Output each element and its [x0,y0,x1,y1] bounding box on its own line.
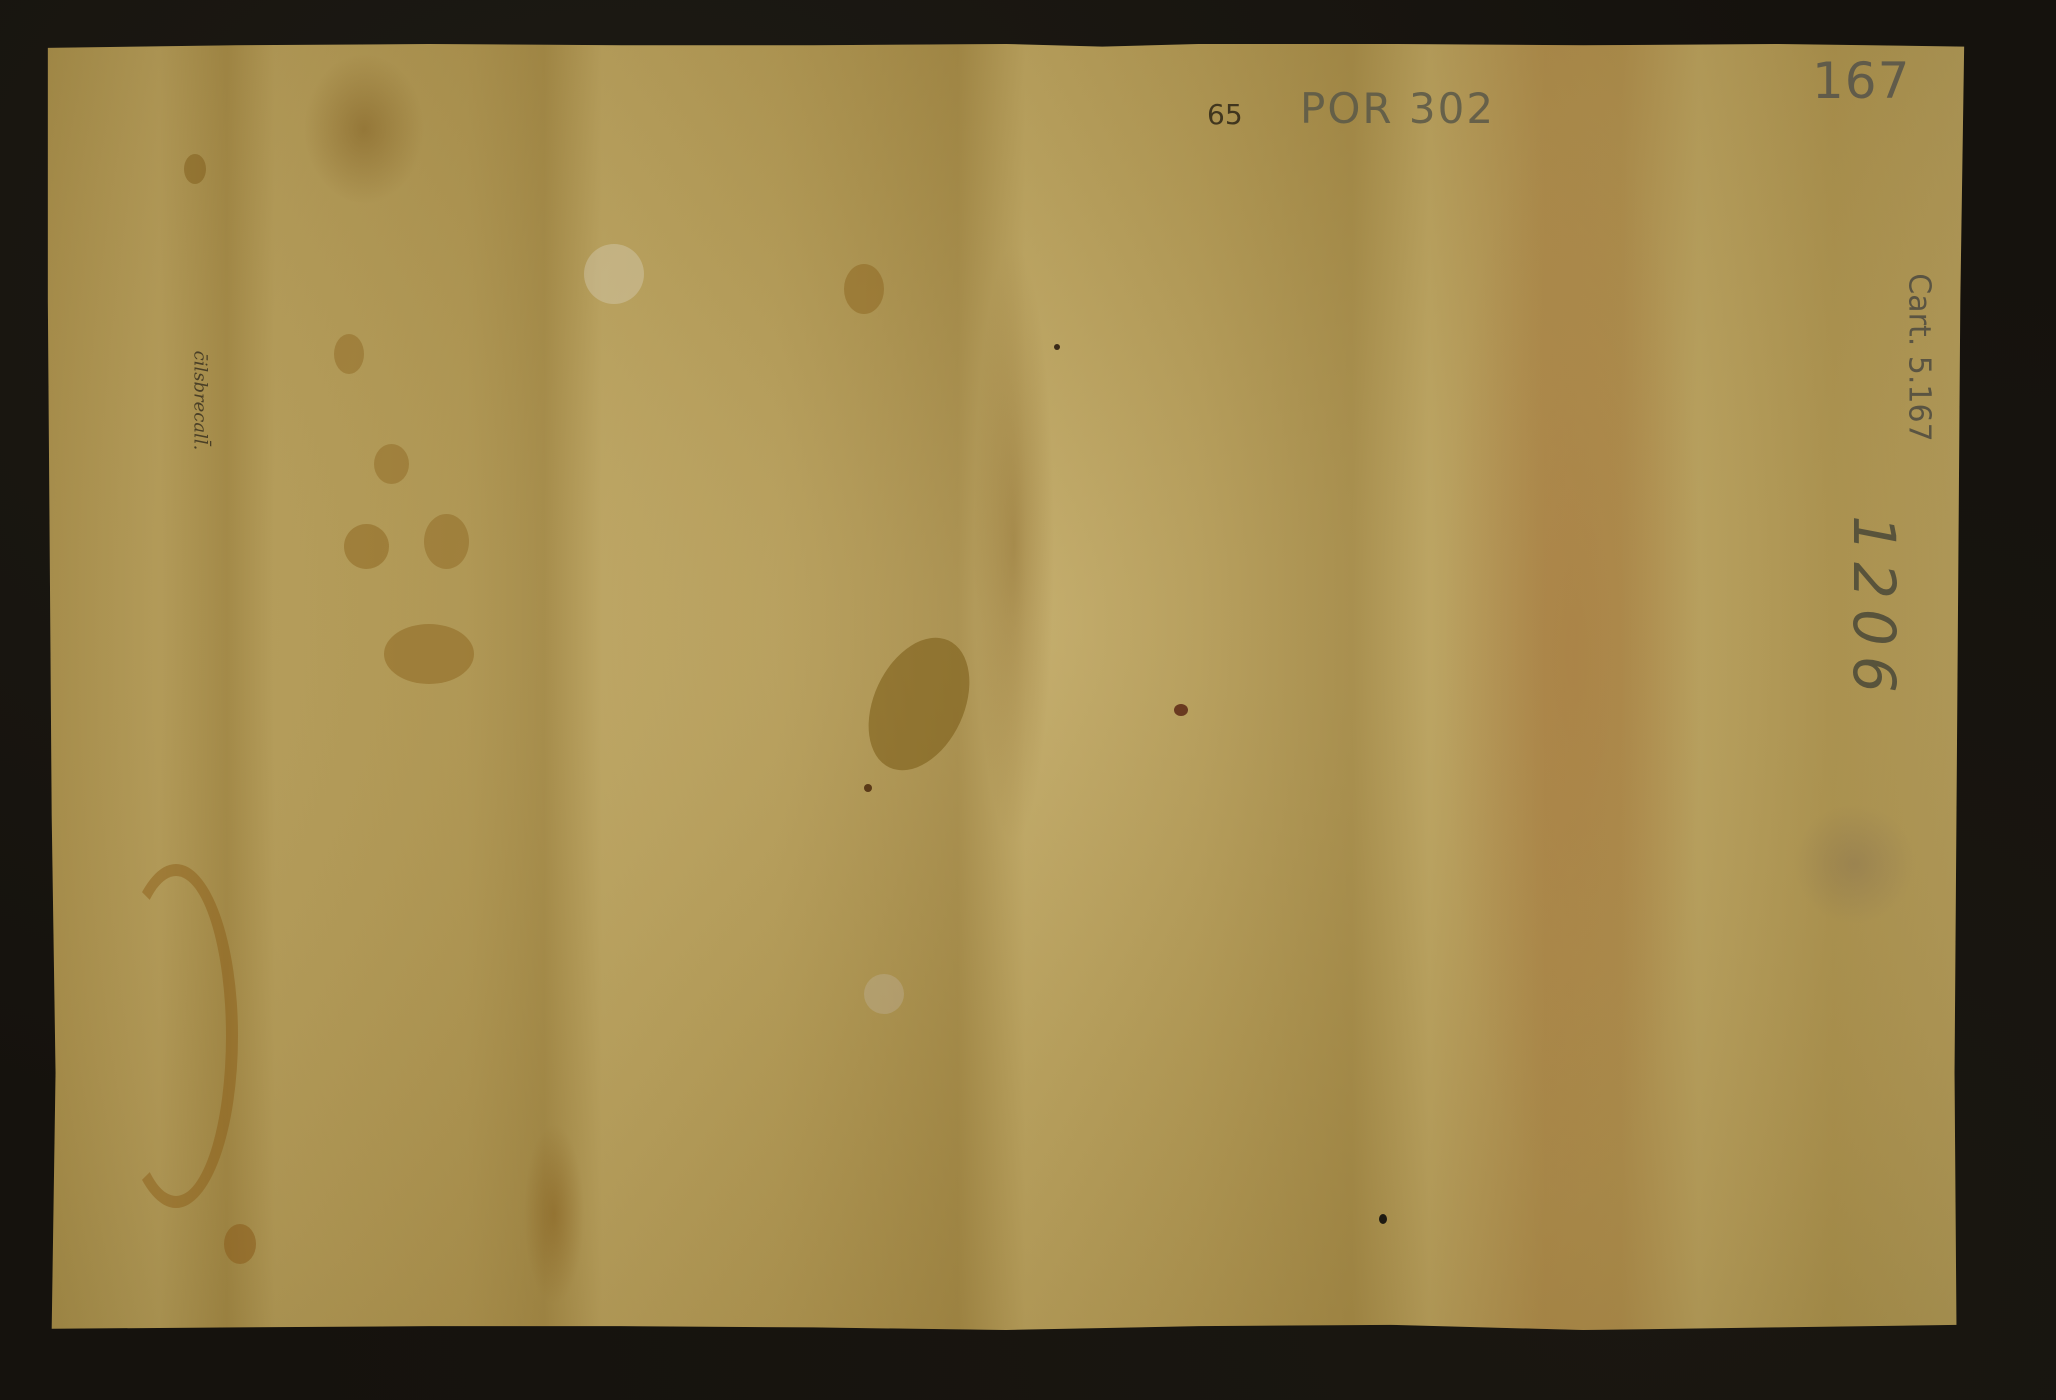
parchment-sheet [44,44,1968,1330]
stain-top-left [184,154,206,184]
stain-top-edge [304,54,424,204]
stain-pale-2 [864,974,904,1014]
ink-speck-3 [864,784,872,792]
ink-speck-4 [1054,344,1060,350]
stain-fold-center [974,244,1054,844]
stain-large-center [849,622,990,787]
stain-right-band [1444,104,1704,1204]
shelfmark-annotation: POR 302 [1300,84,1495,133]
stain-spot-1 [334,334,364,374]
stain-spot-6 [844,264,884,314]
stain-pale-1 [584,244,644,304]
stain-spot-5 [384,624,474,684]
ink-speck-1 [1174,704,1188,716]
cartulary-reference-annotation: Cart. 5.167 [1902,273,1937,441]
dorsal-note: c̄ilsbrecall̄. [189,351,210,451]
stain-bottom-left [224,1224,256,1264]
folio-number-annotation: 65 [1207,98,1243,131]
stain-spot-3 [344,524,389,569]
stain-ring-left [114,864,238,1208]
item-number-annotation: 167 [1812,52,1910,110]
year-annotation: 1206 [1840,515,1908,703]
ink-speck-2 [1379,1214,1387,1224]
stain-right-lower [1794,804,1914,924]
stain-spot-4 [424,514,469,569]
stain-bottom-fold [524,1124,584,1304]
stain-spot-2 [374,444,409,484]
